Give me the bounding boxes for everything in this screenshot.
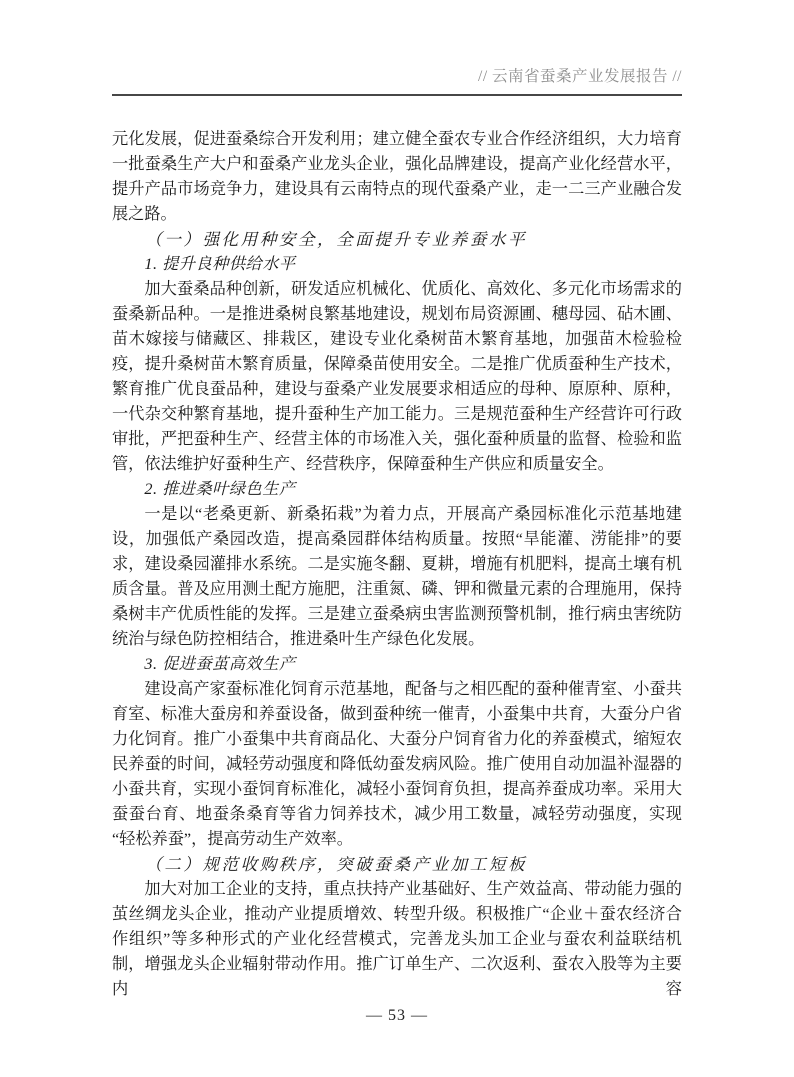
subsection-heading-2: 2. 推进桑叶绿色生产 [112, 477, 682, 502]
paragraph-processing-enterprises: 加大对加工企业的支持，重点扶持产业基础好、生产效益高、带动能力强的茧丝绸龙头企业… [112, 877, 682, 1002]
page-number: — 53 — [0, 1003, 794, 1028]
section-heading-1: （一）强化用种安全，全面提升专业养蚕水平 [112, 227, 682, 252]
subsection-heading-3: 3. 促进蚕茧高效生产 [112, 652, 682, 677]
header-rule [112, 94, 682, 96]
paragraph-cocoon-production: 建设高产家蚕标准化饲育示范基地，配备与之相匹配的蚕种催青室、小蚕共育室、标准大蚕… [112, 677, 682, 852]
body-text-block: 元化发展，促进蚕桑综合开发利用；建立健全蚕农专业合作经济组织，大力培育一批蚕桑生… [112, 127, 682, 1002]
paragraph-mulberry-green-production: 一是以“老桑更新、新桑拓栽”为着力点，开展高产桑园标准化示范基地建设，加强低产桑… [112, 502, 682, 652]
subsection-heading-1: 1. 提升良种供给水平 [112, 252, 682, 277]
report-page: // 云南省蚕桑产业发展报告 // 元化发展，促进蚕桑综合开发利用；建立健全蚕农… [0, 0, 794, 1077]
page-header-title: // 云南省蚕桑产业发展报告 // [112, 64, 682, 90]
section-heading-2: （二）规范收购秩序，突破蚕桑产业加工短板 [112, 852, 682, 877]
paragraph-seed-supply: 加大蚕桑品种创新，研发适应机械化、优质化、高效化、多元化市场需求的蚕桑新品种。一… [112, 277, 682, 477]
paragraph-continuation: 元化发展，促进蚕桑综合开发利用；建立健全蚕农专业合作经济组织，大力培育一批蚕桑生… [112, 127, 682, 227]
